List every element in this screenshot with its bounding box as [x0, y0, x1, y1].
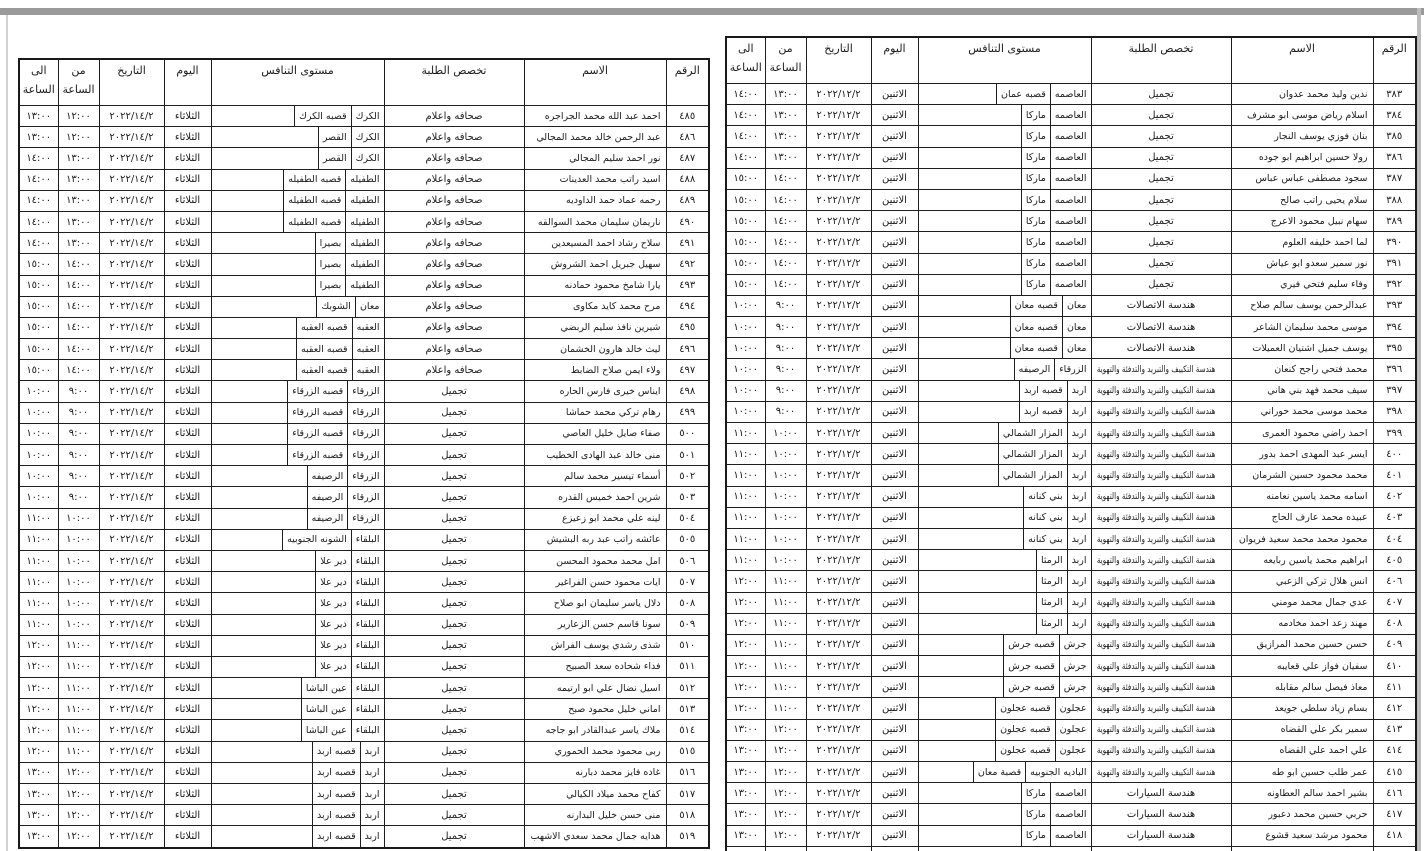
cell-date: ٢٠٢٢/١٢/٢ — [806, 211, 871, 232]
cell-day: الثلاثاء — [164, 720, 211, 741]
competition-level: الزرقاءالرصيفه — [919, 359, 1091, 379]
level-region: جرش — [1060, 677, 1091, 697]
competition-level: البلقاءالشونه الجنوبيه — [212, 530, 384, 550]
cell-from-hour: ١١:٠٠ — [58, 635, 99, 656]
cell-from-hour: ١٣:٠٠ — [58, 190, 99, 211]
cell-to-hour: ١٣:٠٠ — [726, 762, 765, 783]
cell-to-hour: ١٥:٠٠ — [19, 360, 58, 381]
cell-date: ٢٠٢٢/١٢/٢ — [806, 762, 871, 783]
cell-name: سهيل جبريل احمد الشروش — [524, 254, 666, 275]
schedule-row: ٤٠٠ايسر عبد المهدى احمد بدورهندسة التكيي… — [726, 444, 1416, 465]
level-region: اربد — [1068, 593, 1091, 613]
cell-from-hour: ١١:٠٠ — [765, 613, 806, 634]
competition-level: العاصمهماركا — [919, 169, 1091, 189]
cell-date: ٢٠٢٢/١٢/٢ — [806, 719, 871, 740]
cell-from-hour: ١٣:٠٠ — [765, 105, 806, 126]
cell-competition-level: البلقاءدير علا — [211, 635, 384, 656]
level-region: معان — [1063, 317, 1091, 337]
cell-empty — [765, 846, 806, 851]
specialization-text: تجميل — [441, 619, 467, 630]
cell-date: ٢٠٢٢/١٢/٢ — [806, 232, 871, 253]
cell-number: ٤٠٢ — [1373, 486, 1416, 507]
cell-number: ٥١٦ — [666, 762, 709, 783]
cell-name: ايسر عبد المهدى احمد بدور — [1231, 444, 1373, 465]
cell-specialization: هندسة التكييف والتبريد والتدفئة والتهوية — [1091, 507, 1231, 528]
cell-date: ٢٠٢٢/١٢/٢ — [806, 613, 871, 634]
specialization-text: هندسة الاتصالات — [1127, 322, 1196, 333]
cell-from-hour: ٩:٠٠ — [765, 317, 806, 338]
cell-number: ٥٠٥ — [666, 529, 709, 550]
cell-competition-level: الطفيلهبصيرا — [211, 233, 384, 254]
schedule-row: ٤٠٤محمود محمد محمد سعيد فريوانهندسة التك… — [726, 528, 1416, 549]
cell-day: الثلاثاء — [164, 826, 211, 848]
cell-to-hour: ١٣:٠٠ — [19, 762, 58, 783]
cell-day: الاثنين — [871, 126, 918, 147]
cell-specialization: تجميل — [1091, 211, 1231, 232]
cell-day: الاثنين — [871, 677, 918, 698]
cell-competition-level: اربدقصبه اربد — [211, 805, 384, 826]
specialization-text: هندسة السيارات — [1127, 830, 1195, 841]
specialization-text: صحافه واعلام — [425, 322, 482, 333]
cell-name: شذى رشدي يوسف الفراش — [524, 635, 666, 656]
schedule-row: ٤٠١محمد محمود حسين الشرمانهندسة التكييف … — [726, 465, 1416, 486]
schedule-row: ٣٩٧سيف محمد فهد بني هانيهندسة التكييف وا… — [726, 380, 1416, 401]
cell-competition-level: الكركالقصر — [211, 127, 384, 148]
cell-day: الاثنين — [871, 147, 918, 168]
cell-specialization: تجميل — [1091, 189, 1231, 210]
cell-specialization: هندسة التكييف والتبريد والتدفئة والتهوية — [1091, 401, 1231, 422]
cell-name: منى حسن خليل البدارنه — [524, 805, 666, 826]
cell-number: ٤١٧ — [1373, 804, 1416, 825]
competition-level: الزرقاءقصبه الزرقاء — [212, 424, 384, 444]
level-district: دير علا — [315, 615, 351, 635]
cell-day: الثلاثاء — [164, 233, 211, 254]
level-district: قصبه الزرقاء — [287, 424, 348, 444]
cell-competition-level: الزرقاءقصبه الزرقاء — [211, 402, 384, 423]
cell-number: ٣٨٥ — [1373, 126, 1416, 147]
column-header-date: التاريخ — [99, 59, 164, 106]
level-district: قصبه جرش — [1003, 677, 1059, 697]
cell-to-hour: ١٥:٠٠ — [726, 274, 765, 295]
cell-day: الثلاثاء — [164, 148, 211, 169]
level-region: العاصمه — [1051, 211, 1091, 231]
schedule-row: ٤٨٨اسيد راتب محمد العديناتصحافه واعلامال… — [19, 169, 709, 190]
cell-to-hour: ١٠:٠٠ — [19, 445, 58, 466]
cell-from-hour: ١٤:٠٠ — [765, 168, 806, 189]
cell-from-hour: ١٠:٠٠ — [58, 572, 99, 593]
cell-specialization: هندسة التكييف والتبريد والتدفئة والتهوية — [1091, 698, 1231, 719]
level-district: القصر — [318, 148, 352, 168]
cell-day: الثلاثاء — [164, 529, 211, 550]
cell-specialization: هندسة التكييف والتبريد والتدفئة والتهوية — [1091, 380, 1231, 401]
cell-from-hour: ١٢:٠٠ — [765, 804, 806, 825]
schedule-row: ٤١٤علي احمد علي القضاههندسة التكييف والت… — [726, 740, 1416, 761]
level-district: قصبه الزرقاء — [287, 403, 348, 423]
cell-name: سمير بكر علي القضاه — [1231, 719, 1373, 740]
specialization-text: تجميل — [441, 577, 467, 588]
cell-number: ٣٨٤ — [1373, 105, 1416, 126]
level-region: اربد — [1068, 444, 1091, 464]
cell-from-hour: ١٢:٠٠ — [765, 783, 806, 804]
cell-from-hour: ١٠:٠٠ — [765, 528, 806, 549]
specialization-text: هندسة التكييف والتبريد والتدفئة والتهوية — [1097, 407, 1216, 417]
schedule-row: ٥٠٤لينه علي محمد ابو زعيزعتجميلالزرقاءال… — [19, 508, 709, 529]
cell-date: ٢٠٢٢/١٤/٢ — [99, 339, 164, 360]
competition-level: العاصمهقصبه عمان — [919, 84, 1091, 104]
level-district: عين الباشا — [301, 720, 352, 740]
competition-level: الزرقاءقصبه الزرقاء — [212, 381, 384, 401]
cell-name: مهند زعد احمد مخادمه — [1231, 613, 1373, 634]
level-region: البلقاء — [352, 678, 384, 698]
cell-date: ٢٠٢٢/١٤/٢ — [99, 254, 164, 275]
cell-name: علي احمد علي القضاه — [1231, 740, 1373, 761]
cell-number: ٣٩٦ — [1373, 359, 1416, 380]
cell-name: ملاك ياسر عبدالقادر ابو جاجه — [524, 720, 666, 741]
level-region: العاصمه — [1051, 232, 1091, 252]
level-region: اربد — [1068, 381, 1091, 401]
cell-specialization: هندسة السيارات — [1091, 804, 1231, 825]
cell-number: ٤٠٣ — [1373, 507, 1416, 528]
cell-to-hour: ١٠:٠٠ — [19, 402, 58, 423]
cell-from-hour: ١٣:٠٠ — [58, 148, 99, 169]
page-edge-left — [6, 15, 8, 851]
cell-day: الثلاثاء — [164, 572, 211, 593]
cell-day: الثلاثاء — [164, 190, 211, 211]
cell-specialization: صحافه واعلام — [384, 233, 524, 254]
cell-to-hour: ١٠:٠٠ — [726, 317, 765, 338]
cell-from-hour: ١٢:٠٠ — [765, 740, 806, 761]
cell-number: ٤٠٩ — [1373, 634, 1416, 655]
cell-name: محمد موسى محمد حوراني — [1231, 401, 1373, 422]
cell-number: ٤١١ — [1373, 677, 1416, 698]
cell-specialization: تجميل — [384, 381, 524, 402]
cell-name: نور احمد سليم المجالي — [524, 148, 666, 169]
cell-day: الاثنين — [871, 486, 918, 507]
schedule-row: ٤٨٧نور احمد سليم المجاليصحافه واعلامالكر… — [19, 148, 709, 169]
competition-level: اربدالمزار الشمالي — [919, 465, 1091, 485]
cell-specialization: تجميل — [1091, 168, 1231, 189]
cell-to-hour: ١٢:٠٠ — [19, 741, 58, 762]
level-region: العاصمه — [1051, 105, 1091, 125]
cell-date: ٢٠٢٢/١٤/٢ — [99, 127, 164, 148]
cell-number: ٤١٥ — [1373, 762, 1416, 783]
specialization-text: هندسة التكييف والتبريد والتدفئة والتهوية — [1097, 513, 1216, 523]
schedule-row: ٥١٤ملاك ياسر عبدالقادر ابو جاجهتجميلالبل… — [19, 720, 709, 741]
level-district: قصبه عجلون — [995, 720, 1056, 740]
specialization-text: هندسة التكييف والتبريد والتدفئة والتهوية — [1097, 450, 1216, 460]
cell-from-hour: ١٠:٠٠ — [58, 614, 99, 635]
cell-name: اسيد راتب محمد العدينات — [524, 169, 666, 190]
cell-specialization: هندسة التكييف والتبريد والتدفئة والتهوية — [1091, 592, 1231, 613]
cell-competition-level: اربدبني كنانه — [918, 486, 1091, 507]
schedule-row: ٤١١معاذ فيصل سالم مقابلههندسة التكييف وا… — [726, 677, 1416, 698]
cell-date: ٢٠٢٢/١٤/٢ — [99, 466, 164, 487]
schedule-row: ٤١٥عمر طلب حسين ابو طههندسة التكييف والت… — [726, 762, 1416, 783]
cell-name: حسن حسين محمد المرازيق — [1231, 634, 1373, 655]
level-region: الطفيله — [346, 254, 383, 274]
cell-to-hour: ١٥:٠٠ — [726, 211, 765, 232]
cell-to-hour: ١٢:٠٠ — [19, 678, 58, 699]
level-region: البلقاء — [352, 657, 384, 677]
cell-date: ٢٠٢٢/١٢/٢ — [806, 528, 871, 549]
cell-from-hour: ٩:٠٠ — [765, 295, 806, 316]
cell-empty — [1091, 846, 1231, 851]
schedule-row: ٣٩٠لما احمد خليفه العلومتجميلالعاصمهمارك… — [726, 232, 1416, 253]
cell-number: ٥٠٧ — [666, 572, 709, 593]
level-region: البلقاء — [352, 593, 384, 613]
cell-from-hour: ٩:٠٠ — [58, 487, 99, 508]
cell-specialization: هندسة التكييف والتبريد والتدفئة والتهوية — [1091, 571, 1231, 592]
level-district: قصبه اربد — [312, 826, 361, 846]
cell-competition-level: جرشقصبه جرش — [918, 634, 1091, 655]
cell-to-hour: ١٢:٠٠ — [726, 571, 765, 592]
cell-specialization: هندسة السيارات — [1091, 783, 1231, 804]
cell-from-hour: ١٠:٠٠ — [58, 550, 99, 571]
specialization-text: هندسة الاتصالات — [1127, 343, 1196, 354]
cell-specialization: تجميل — [384, 572, 524, 593]
cell-date: ٢٠٢٢/١٢/٢ — [806, 698, 871, 719]
competition-level: البلقاءدير علا — [212, 551, 384, 571]
cell-date: ٢٠٢٢/١٢/٢ — [806, 592, 871, 613]
schedule-row: ٥٠١منى خالد عبد الهادى الخطيبتجميلالزرقا… — [19, 445, 709, 466]
cell-from-hour: ١٢:٠٠ — [58, 127, 99, 148]
level-region: معان — [356, 297, 384, 317]
cell-date: ٢٠٢٢/١٢/٢ — [806, 486, 871, 507]
cell-day: الثلاثاء — [164, 614, 211, 635]
level-region: معان — [1063, 296, 1091, 316]
cell-from-hour: ٩:٠٠ — [765, 380, 806, 401]
competition-level: الطفيلهبصيرا — [212, 276, 384, 296]
level-district: قصبه عجلون — [995, 698, 1056, 718]
competition-level: اربدالرمثا — [919, 614, 1091, 634]
cell-name: عمر طلب حسين ابو طه — [1231, 762, 1373, 783]
cell-number: ٤٩٣ — [666, 275, 709, 296]
cell-name: سفيان فواز علي قعايبه — [1231, 656, 1373, 677]
cell-date: ٢٠٢٢/١٢/٢ — [806, 423, 871, 444]
cell-from-hour: ١٠:٠٠ — [58, 508, 99, 529]
column-header-to-hour: الى الساعة — [726, 37, 765, 84]
competition-level: العاصمهماركا — [919, 211, 1091, 231]
cell-name: رحمه عماد حمد الداوديه — [524, 190, 666, 211]
schedule-row: ٥٠٢أسماء تيسير محمد سالمتجميلالزرقاءالرص… — [19, 466, 709, 487]
cell-to-hour: ١٢:٠٠ — [19, 635, 58, 656]
specialization-text: هندسة التكييف والتبريد والتدفئة والتهوية — [1097, 365, 1216, 375]
level-district: القصر — [318, 127, 352, 147]
cell-number: ٥١٥ — [666, 741, 709, 762]
cell-name: محمد فتحي راجح كنعان — [1231, 359, 1373, 380]
cell-competition-level: معانقصبه معان — [918, 317, 1091, 338]
cell-name: دلال ياسر سليمان ابو صلاح — [524, 593, 666, 614]
cell-to-hour: ١٣:٠٠ — [726, 825, 765, 846]
cell-to-hour: ١٢:٠٠ — [726, 613, 765, 634]
level-region: الزرقاء — [1055, 359, 1090, 379]
level-region: العاصمه — [1051, 254, 1091, 274]
cell-from-hour: ١٢:٠٠ — [58, 805, 99, 826]
cell-number: ٣٨٣ — [1373, 84, 1416, 105]
cell-number: ٥٠٠ — [666, 423, 709, 444]
cell-specialization: تجميل — [384, 678, 524, 699]
competition-level: معانالشوبك — [212, 297, 384, 317]
cell-date: ٢٠٢٢/١٤/٢ — [99, 805, 164, 826]
cell-number: ٤٠٠ — [1373, 444, 1416, 465]
cell-date: ٢٠٢٢/١٢/٢ — [806, 84, 871, 105]
level-region: اربد — [361, 742, 384, 762]
competition-level: البلقاءدير علا — [212, 657, 384, 677]
cell-from-hour: ١١:٠٠ — [765, 656, 806, 677]
cell-to-hour: ١١:٠٠ — [19, 593, 58, 614]
cell-date: ٢٠٢٢/١٤/٢ — [99, 487, 164, 508]
schedule-row: ٤٠٨مهند زعد احمد مخادمههندسة التكييف وال… — [726, 613, 1416, 634]
level-district: ماركا — [1021, 148, 1051, 168]
cell-number: ٤٩١ — [666, 233, 709, 254]
cell-competition-level: البلقاءدير علا — [211, 656, 384, 677]
cell-competition-level: الطفيلهبصيرا — [211, 275, 384, 296]
cell-from-hour: ١٢:٠٠ — [765, 719, 806, 740]
cell-specialization: هندسة التكييف والتبريد والتدفئة والتهوية — [1091, 550, 1231, 571]
column-header-specialization: تخصص الطلبة — [1091, 37, 1231, 84]
cell-specialization: هندسة التكييف والتبريد والتدفئة والتهوية — [1091, 423, 1231, 444]
cell-from-hour: ١٤:٠٠ — [765, 253, 806, 274]
cell-name: لما احمد خليفه العلوم — [1231, 232, 1373, 253]
competition-level: الباديه الجنوبيهقصبة معان — [919, 762, 1091, 782]
schedule-row: ٥١٥ربى محمود محمد الحموريتجميلاربدقصبه ا… — [19, 741, 709, 762]
cell-competition-level: الزرقاءالرصيفه — [211, 508, 384, 529]
cell-number: ٥١٣ — [666, 699, 709, 720]
cell-number: ٥٠٩ — [666, 614, 709, 635]
specialization-text: تجميل — [441, 767, 467, 778]
cell-day: الثلاثاء — [164, 381, 211, 402]
cell-date: ٢٠٢٢/١٤/٢ — [99, 296, 164, 317]
cell-from-hour: ٩:٠٠ — [58, 402, 99, 423]
cell-from-hour: ١٢:٠٠ — [58, 762, 99, 783]
cell-competition-level: الكركقصبه الكرك — [211, 106, 384, 127]
cell-date: ٢٠٢٢/١٢/٢ — [806, 338, 871, 359]
specialization-text: تجميل — [441, 450, 467, 461]
cell-to-hour: ١٢:٠٠ — [726, 656, 765, 677]
column-header-date: التاريخ — [806, 37, 871, 84]
cell-competition-level: اربدقصبه اربد — [211, 826, 384, 848]
cell-to-hour: ١٤:٠٠ — [726, 126, 765, 147]
level-district: بصيرا — [315, 233, 347, 253]
level-district: دير علا — [315, 572, 351, 592]
specialization-text: هندسة التكييف والتبريد والتدفئة والتهوية — [1097, 640, 1216, 650]
cell-name: موسى محمد سليمان الشاعر — [1231, 317, 1373, 338]
page-edge-right — [1417, 8, 1421, 851]
cell-to-hour: ١١:٠٠ — [726, 465, 765, 486]
cell-name: معاذ فيصل سالم مقابله — [1231, 677, 1373, 698]
schedule-row: ٣٩٩احمد راضي محمود العمرىهندسة التكييف و… — [726, 423, 1416, 444]
competition-level: جرشقصبه جرش — [919, 635, 1091, 655]
cell-to-hour: ١٤:٠٠ — [19, 190, 58, 211]
competition-level: العاصمهماركا — [919, 148, 1091, 168]
level-district: بني كنانه — [1023, 529, 1067, 549]
level-region: الكرك — [352, 127, 384, 147]
cell-day: الاثنين — [871, 274, 918, 295]
cell-competition-level: الكركالقصر — [211, 148, 384, 169]
schedule-row: ٣٨٦رولا حسين ابراهيم ابو جودهتجميلالعاصم… — [726, 147, 1416, 168]
cell-name: فداء شحاده سعد الصبيح — [524, 656, 666, 677]
level-district: قصبه اربد — [1019, 381, 1068, 401]
cell-from-hour: ١٠:٠٠ — [765, 550, 806, 571]
cell-day: الاثنين — [871, 762, 918, 783]
specialization-text: صحافه واعلام — [425, 301, 482, 312]
cell-competition-level: العاصمهماركا — [918, 783, 1091, 804]
cell-competition-level: الطفيلهقصبه الطفيله — [211, 169, 384, 190]
cell-from-hour: ١٤:٠٠ — [58, 275, 99, 296]
cell-name: محمد محمود حسين الشرمان — [1231, 465, 1373, 486]
level-district: قصبه عجلون — [995, 741, 1056, 761]
cell-from-hour: ١٤:٠٠ — [58, 254, 99, 275]
competition-level: اربدقصبه اربد — [919, 402, 1091, 422]
cell-date: ٢٠٢٢/١٢/٢ — [806, 105, 871, 126]
cell-competition-level: العاصمهماركا — [918, 232, 1091, 253]
schedule-row: ٣٨٨سلام يحيى راتب صالحتجميلالعاصمهماركاا… — [726, 189, 1416, 210]
schedule-row: ٤٩٨ايناس خيرى فارس الحارهتجميلالزرقاءقصب… — [19, 381, 709, 402]
specialization-text: تجميل — [441, 407, 467, 418]
cell-specialization: هندسة السيارات — [1091, 825, 1231, 846]
cell-date: ٢٠٢٢/١٤/٢ — [99, 169, 164, 190]
cell-from-hour: ١٢:٠٠ — [765, 762, 806, 783]
schedule-row: ٣٨٥بنان فوزي يوسف النجارتجميلالعاصمهمارك… — [726, 126, 1416, 147]
specialization-text: تجميل — [1148, 173, 1174, 184]
cell-specialization: هندسة التكييف والتبريد والتدفئة والتهوية — [1091, 634, 1231, 655]
cell-from-hour: ١٠:٠٠ — [765, 486, 806, 507]
cell-competition-level: عجلونقصبه عجلون — [918, 740, 1091, 761]
level-district: المزار الشمالي — [998, 444, 1068, 464]
cell-day: الاثنين — [871, 656, 918, 677]
level-region: البلقاء — [352, 572, 384, 592]
competition-level: جرشقصبه جرش — [919, 677, 1091, 697]
schedule-row: ٣٩٦محمد فتحي راجح كنعانهندسة التكييف وال… — [726, 359, 1416, 380]
cell-specialization: هندسة التكييف والتبريد والتدفئة والتهوية — [1091, 359, 1231, 380]
competition-level: البلقاءعين الباشا — [212, 720, 384, 740]
level-region: الزرقاء — [348, 487, 383, 507]
level-district: دير علا — [315, 636, 351, 656]
level-region: الزرقاء — [348, 403, 383, 423]
cell-competition-level: اربدالرمثا — [918, 550, 1091, 571]
level-district: ماركا — [1021, 232, 1051, 252]
level-region: الكرك — [352, 106, 384, 126]
cell-from-hour: ١٠:٠٠ — [765, 465, 806, 486]
specialization-text: هندسة التكييف والتبريد والتدفئة والتهوية — [1097, 768, 1216, 778]
cell-to-hour: ١٠:٠٠ — [726, 401, 765, 422]
specialization-text: صحافه واعلام — [425, 174, 482, 185]
level-region: الزرقاء — [348, 466, 383, 486]
cell-number: ٣٩٤ — [1373, 317, 1416, 338]
level-district: الرصيفه — [1014, 359, 1056, 379]
column-header-day: اليوم — [164, 59, 211, 106]
competition-level: العاصمهماركا — [919, 105, 1091, 125]
schedule-row: ٤٨٩رحمه عماد حمد الداوديهصحافه واعلامالط… — [19, 190, 709, 211]
competition-level: البلقاءدير علا — [212, 593, 384, 613]
specialization-text: صحافه واعلام — [425, 132, 482, 143]
competition-level: العقبهقصبه العقبه — [212, 360, 384, 380]
schedule-row: ٤٩٠ناريمان سليمان محمد السوالقهصحافه واع… — [19, 211, 709, 232]
cell-competition-level: العاصمهماركا — [918, 274, 1091, 295]
schedule-row: ٣٩٣عبدالرحمن يوسف سالم صلاحهندسة الاتصال… — [726, 295, 1416, 316]
level-district: الرمثا — [1036, 571, 1068, 591]
specialization-text: تجميل — [441, 386, 467, 397]
specialization-text: هندسة التكييف والتبريد والتدفئة والتهوية — [1097, 746, 1216, 756]
cell-from-hour: ١٢:٠٠ — [58, 826, 99, 848]
cell-specialization: هندسة التكييف والتبريد والتدفئة والتهوية — [1091, 677, 1231, 698]
cell-specialization: صحافه واعلام — [384, 317, 524, 338]
cell-day: الاثنين — [871, 317, 918, 338]
column-header-number: الرقم — [1373, 37, 1416, 84]
cell-name: نور سمير سعدو ابو عياش — [1231, 253, 1373, 274]
level-region: الكرك — [352, 148, 384, 168]
cell-name: يارا شامخ محمود حمادنه — [524, 275, 666, 296]
